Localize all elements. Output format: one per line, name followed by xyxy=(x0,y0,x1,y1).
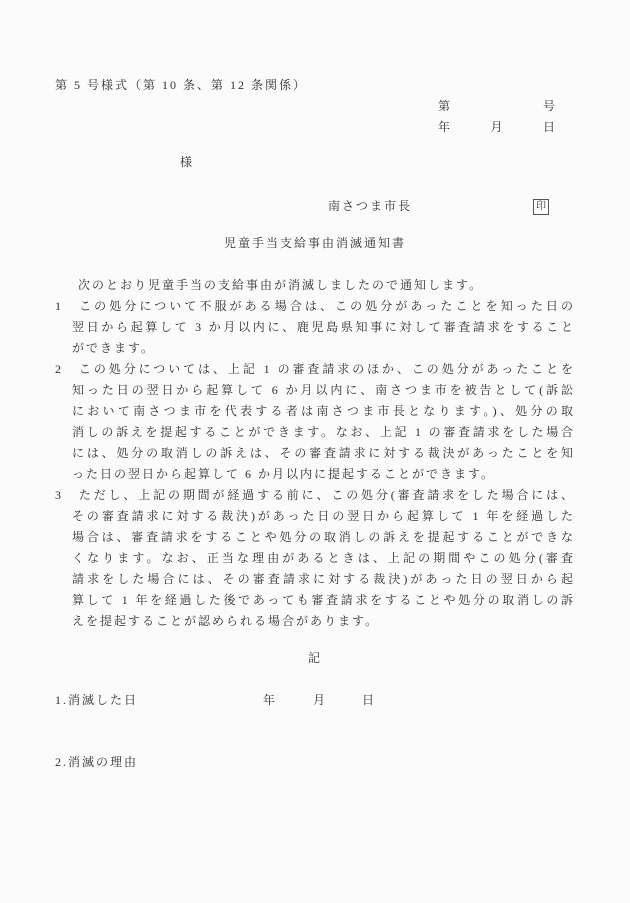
year-label: 年 xyxy=(263,690,277,711)
paragraph-text: ただし、上記の期間が経過する前に、この処分(審査請求をした場合には、 xyxy=(78,488,575,502)
paragraph-line: 場合は、審査請求をすることや処分の取消しの訴えを提起することができな xyxy=(55,527,575,548)
day-label: 日 xyxy=(362,690,376,711)
document-page: 第 5 号様式（第 10 条、第 12 条関係） 第 号 年 月 日 様 南さつ… xyxy=(0,0,630,903)
paragraph-line: 翌日から起算して 3 か月以内に、鹿児島県知事に対して審査請求をすること xyxy=(55,317,575,338)
paragraph-line: には、処分の取消しの訴えは、その審査請求に対する裁決があったことを知 xyxy=(55,443,575,464)
appeal-paragraph-3: 3ただし、上記の期間が経過する前に、この処分(審査請求をした場合には、 その審査… xyxy=(55,485,575,632)
paragraph-line: その審査請求に対する裁決)があった日の翌日から起算して 1 年を経過した xyxy=(55,506,575,527)
extinction-date-line: 1.消滅した日 年 月 日 xyxy=(55,690,575,711)
paragraph-line: 算して 1 年を経過した後であっても審査請求をすることや処分の取消しの訴 xyxy=(55,590,575,611)
extinction-date-label: 1.消滅した日 xyxy=(55,693,138,707)
paragraph-number: 2 xyxy=(55,359,78,380)
paragraph-number: 1 xyxy=(55,296,78,317)
issuer-title: 南さつま市長 xyxy=(328,199,412,213)
paragraph-line: 3ただし、上記の期間が経過する前に、この処分(審査請求をした場合には、 xyxy=(55,485,575,506)
addressee-honorific: 様 xyxy=(180,155,194,169)
paragraph-line: くなります。なお、正当な理由があるときは、上記の期間やこの処分(審査 xyxy=(55,548,575,569)
paragraph-line: 消しの訴えを提起することができます。なお、上記 1 の審査請求をした場合 xyxy=(55,422,575,443)
paragraph-line: 知った日の翌日から起算して 6 か月以内に、南さつま市を被告として(訴訟 xyxy=(55,380,575,401)
month-label: 月 xyxy=(490,117,504,138)
paragraph-line: 請求をした場合には、その審査請求に対する裁決)があった日の翌日から起 xyxy=(55,569,575,590)
doc-number-prefix: 第 xyxy=(438,96,452,117)
intro-paragraph: 次のとおり児童手当の支給事由が消滅しましたので通知します。 xyxy=(55,275,575,296)
paragraph-line: ができます。 xyxy=(55,338,575,359)
issuer-line: 南さつま市長 印 xyxy=(55,196,575,217)
appeal-paragraph-2: 2この処分については、上記 1 の審査請求のほか、この処分があったことを 知った… xyxy=(55,359,575,485)
paragraph-line: 1この処分について不服がある場合は、この処分があったことを知った日の xyxy=(55,296,575,317)
document-title: 児童手当支給事由消滅通知書 xyxy=(55,233,575,254)
issue-date-line: 年 月 日 xyxy=(438,117,557,138)
month-label: 月 xyxy=(313,690,327,711)
ki-heading: 記 xyxy=(55,648,575,669)
paragraph-line: において南さつま市を代表する者は南さつま市長となります。)、処分の取 xyxy=(55,401,575,422)
paragraph-number: 3 xyxy=(55,485,78,506)
paragraph-line: った日の翌日から起算して 6 か月以内に提起することができます。 xyxy=(55,464,575,485)
day-label: 日 xyxy=(543,117,557,138)
doc-number-suffix: 号 xyxy=(543,96,557,117)
extinction-reason-line: 2.消滅の理由 xyxy=(55,752,575,773)
paragraph-text: この処分について不服がある場合は、この処分があったことを知った日の xyxy=(78,299,575,313)
year-label: 年 xyxy=(438,117,452,138)
form-number-label: 第 5 号様式（第 10 条、第 12 条関係） xyxy=(55,75,575,96)
appeal-paragraph-1: 1この処分について不服がある場合は、この処分があったことを知った日の 翌日から起… xyxy=(55,296,575,359)
seal-placeholder: 印 xyxy=(533,199,549,215)
extinction-reason-label: 2.消滅の理由 xyxy=(55,755,138,769)
paragraph-text: この処分については、上記 1 の審査請求のほか、この処分があったことを xyxy=(78,362,575,376)
addressee-line: 様 xyxy=(55,152,575,173)
document-number-line: 第 号 xyxy=(438,96,557,117)
paragraph-line: 2この処分については、上記 1 の審査請求のほか、この処分があったことを xyxy=(55,359,575,380)
paragraph-line: えを提起することが認められる場合があります。 xyxy=(55,611,575,632)
